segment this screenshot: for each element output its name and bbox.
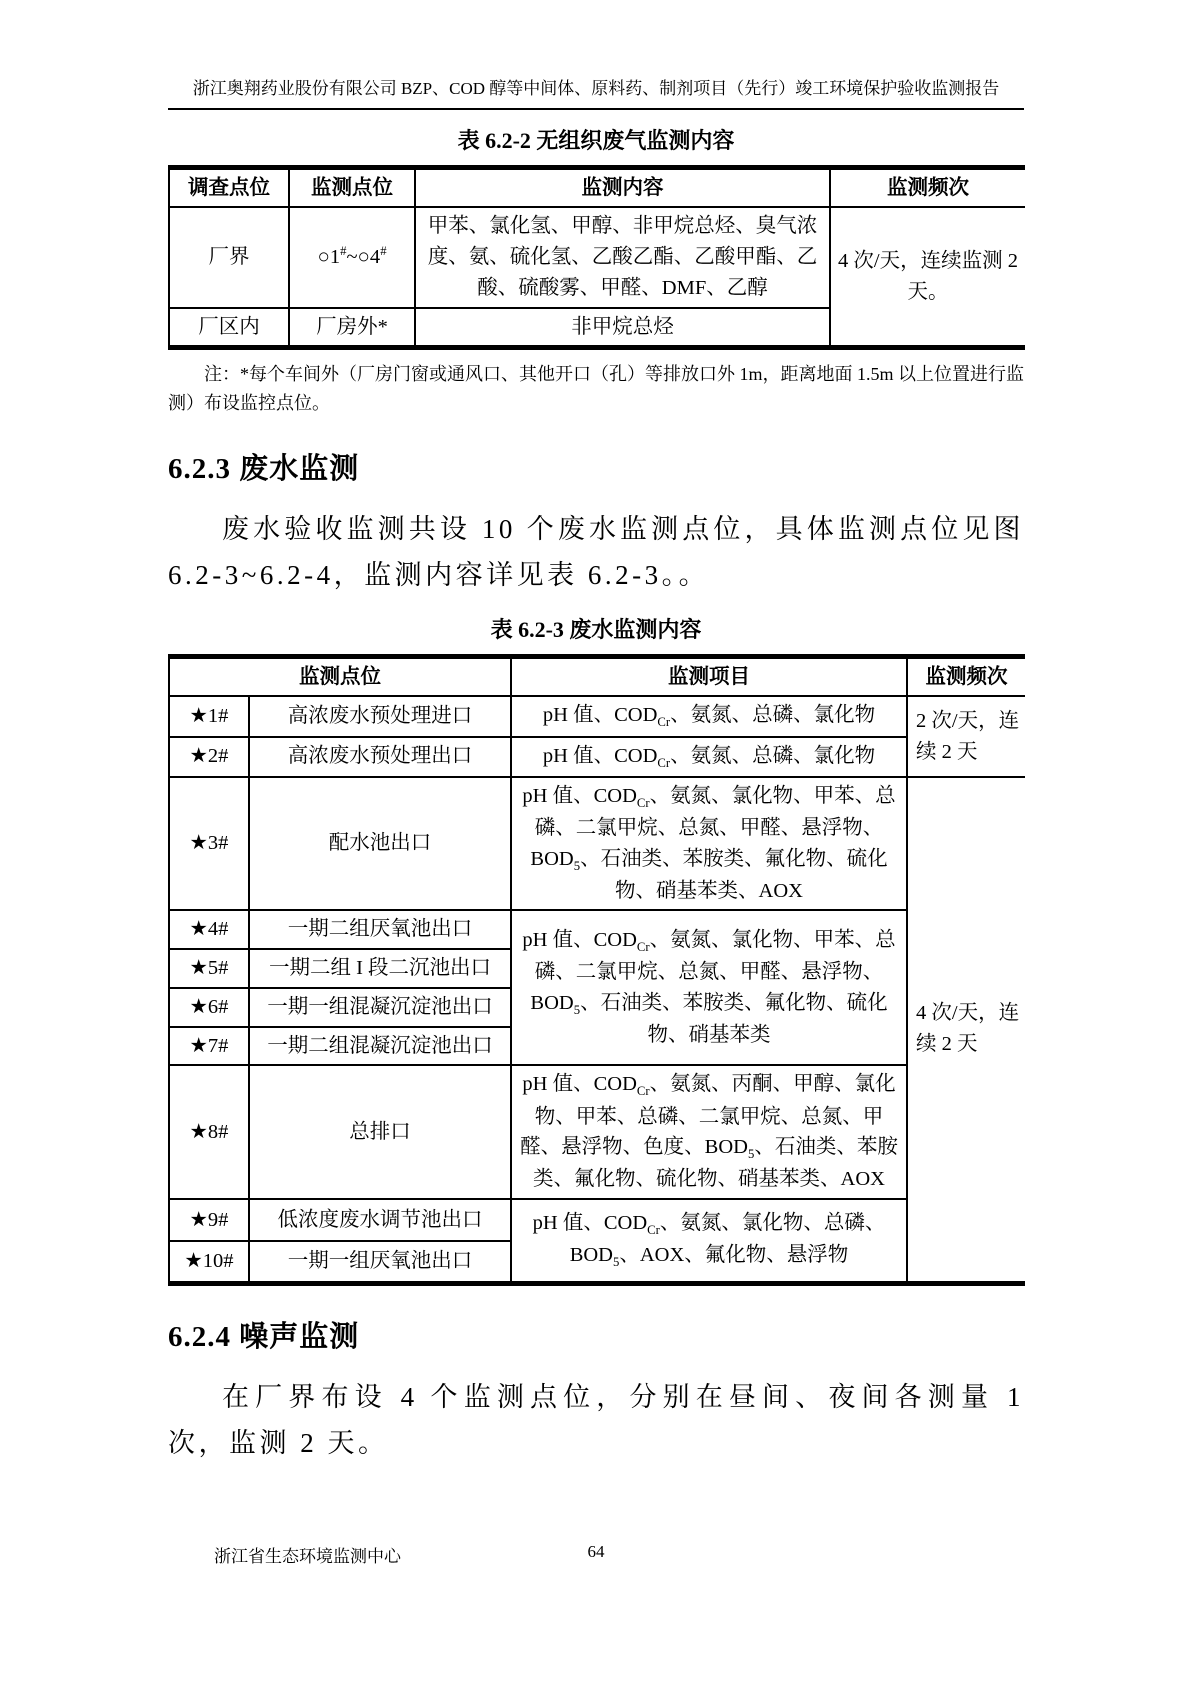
point-id-cell: ★7# bbox=[169, 1027, 249, 1066]
column-header-frequency: 监测频次 bbox=[907, 656, 1025, 696]
table-row: ★9# 低浓度废水调节池出口 pH 值、CODCr、氨氮、氯化物、总磷、BOD5… bbox=[169, 1199, 1025, 1241]
point-location-cell: 低浓度废水调节池出口 bbox=[249, 1199, 511, 1241]
column-header-survey-point: 调查点位 bbox=[169, 167, 289, 207]
table-row: ★4# 一期二组厌氧池出口 pH 值、CODCr、氨氮、氯化物、甲苯、总磷、二氯… bbox=[169, 910, 1025, 949]
monitor-items-cell: pH 值、CODCr、氨氮、总磷、氯化物 bbox=[511, 737, 907, 777]
point-id-cell: ★4# bbox=[169, 910, 249, 949]
wastewater-paragraph: 废水验收监测共设 10 个废水监测点位，具体监测点位见图 6.2-3~6.2-4… bbox=[168, 507, 1024, 599]
point-id-cell: ★8# bbox=[169, 1065, 249, 1199]
point-id-cell: ★1# bbox=[169, 696, 249, 736]
document-page: 浙江奥翔药业股份有限公司 BZP、COD 醇等中间体、原料药、制剂项目（先行）竣… bbox=[0, 0, 1190, 1683]
point-id-cell: ★3# bbox=[169, 777, 249, 911]
footer-organization: 浙江省生态环境监测中心 bbox=[214, 1547, 401, 1566]
column-header-monitor-point: 监测点位 bbox=[289, 167, 415, 207]
monitor-items-cell: pH 值、CODCr、氨氮、氯化物、甲苯、总磷、二氯甲烷、总氮、甲醛、悬浮物、B… bbox=[511, 777, 907, 911]
monitor-items-cell: pH 值、CODCr、氨氮、氯化物、总磷、BOD5、AOX、氟化物、悬浮物 bbox=[511, 1199, 907, 1283]
point-location-cell: 一期二组 I 段二沉池出口 bbox=[249, 949, 511, 988]
table-row: 厂界 ○1#~○4# 甲苯、氯化氢、甲醇、非甲烷总烃、臭气浓度、氨、硫化氢、乙酸… bbox=[169, 207, 1025, 307]
table-wastewater-title: 表 6.2-3 废水监测内容 bbox=[168, 613, 1024, 644]
waste-gas-table: 调查点位 监测点位 监测内容 监测频次 厂界 ○1#~○4# 甲苯、氯化氢、甲醇… bbox=[168, 165, 1025, 351]
point-id-cell: ★6# bbox=[169, 988, 249, 1027]
point-location-cell: 一期二组厌氧池出口 bbox=[249, 910, 511, 949]
report-header: 浙江奥翔药业股份有限公司 BZP、COD 醇等中间体、原料药、制剂项目（先行）竣… bbox=[168, 0, 1024, 110]
table-row: ★1# 高浓废水预处理进口 pH 值、CODCr、氨氮、总磷、氯化物 2 次/天… bbox=[169, 696, 1025, 736]
table-waste-gas-title: 表 6.2-2 无组织废气监测内容 bbox=[168, 124, 1024, 155]
page-number: 64 bbox=[588, 1542, 605, 1562]
report-title: 浙江奥翔药业股份有限公司 BZP、COD 醇等中间体、原料药、制剂项目（先行）竣… bbox=[168, 76, 1024, 110]
column-header-monitor-items: 监测项目 bbox=[511, 656, 907, 696]
monitor-items-cell: pH 值、CODCr、氨氮、丙酮、甲醇、氯化物、甲苯、总磷、二氯甲烷、总氮、甲醛… bbox=[511, 1065, 907, 1199]
point-id-cell: ★9# bbox=[169, 1199, 249, 1241]
section-wastewater-heading: 6.2.3 废水监测 bbox=[168, 446, 1024, 487]
point-location-cell: 一期一组混凝沉淀池出口 bbox=[249, 988, 511, 1027]
monitor-content-cell: 甲苯、氯化氢、甲醇、非甲烷总烃、臭气浓度、氨、硫化氢、乙酸乙酯、乙酸甲酯、乙酸、… bbox=[415, 207, 830, 307]
column-header-monitor-content: 监测内容 bbox=[415, 167, 830, 207]
table-row: ★2# 高浓废水预处理出口 pH 值、CODCr、氨氮、总磷、氯化物 bbox=[169, 737, 1025, 777]
wastewater-table: 监测点位 监测项目 监测频次 ★1# 高浓废水预处理进口 pH 值、CODCr、… bbox=[168, 654, 1025, 1286]
table-header-row: 调查点位 监测点位 监测内容 监测频次 bbox=[169, 167, 1025, 207]
table-row: ★8# 总排口 pH 值、CODCr、氨氮、丙酮、甲醇、氯化物、甲苯、总磷、二氯… bbox=[169, 1065, 1025, 1199]
column-header-monitor-point: 监测点位 bbox=[169, 656, 511, 696]
monitor-items-cell: pH 值、CODCr、氨氮、氯化物、甲苯、总磷、二氯甲烷、总氮、甲醛、悬浮物、B… bbox=[511, 910, 907, 1065]
survey-point-cell: 厂界 bbox=[169, 207, 289, 307]
point-location-cell: 一期二组混凝沉淀池出口 bbox=[249, 1027, 511, 1066]
noise-paragraph: 在厂界布设 4 个监测点位，分别在昼间、夜间各测量 1 次，监测 2 天。 bbox=[168, 1375, 1024, 1467]
point-id-cell: ★2# bbox=[169, 737, 249, 777]
point-location-cell: 高浓废水预处理出口 bbox=[249, 737, 511, 777]
monitor-point-cell: ○1#~○4# bbox=[289, 207, 415, 307]
survey-point-cell: 厂区内 bbox=[169, 308, 289, 348]
point-id-cell: ★10# bbox=[169, 1241, 249, 1283]
table-header-row: 监测点位 监测项目 监测频次 bbox=[169, 656, 1025, 696]
point-location-cell: 总排口 bbox=[249, 1065, 511, 1199]
point-location-cell: 一期一组厌氧池出口 bbox=[249, 1241, 511, 1283]
page-content: 浙江奥翔药业股份有限公司 BZP、COD 醇等中间体、原料药、制剂项目（先行）竣… bbox=[168, 0, 1024, 1479]
table-note: 注：*每个车间外（厂房门窗或通风口、其他开口（孔）等排放口外 1m，距离地面 1… bbox=[168, 360, 1024, 418]
point-id-cell: ★5# bbox=[169, 949, 249, 988]
monitor-point-cell: 厂房外* bbox=[289, 308, 415, 348]
table-row: ★3# 配水池出口 pH 值、CODCr、氨氮、氯化物、甲苯、总磷、二氯甲烷、总… bbox=[169, 777, 1025, 911]
monitor-content-cell: 非甲烷总烃 bbox=[415, 308, 830, 348]
point-location-cell: 配水池出口 bbox=[249, 777, 511, 911]
monitor-items-cell: pH 值、CODCr、氨氮、总磷、氯化物 bbox=[511, 696, 907, 736]
point-location-cell: 高浓废水预处理进口 bbox=[249, 696, 511, 736]
frequency-cell: 4 次/天，连续监测 2 天。 bbox=[830, 207, 1025, 348]
column-header-frequency: 监测频次 bbox=[830, 167, 1025, 207]
frequency-cell: 2 次/天，连续 2 天 bbox=[907, 696, 1025, 776]
section-noise-heading: 6.2.4 噪声监测 bbox=[168, 1314, 1024, 1355]
page-footer: 浙江省生态环境监测中心 64 bbox=[168, 1542, 1024, 1567]
frequency-cell: 4 次/天，连续 2 天 bbox=[907, 777, 1025, 1284]
